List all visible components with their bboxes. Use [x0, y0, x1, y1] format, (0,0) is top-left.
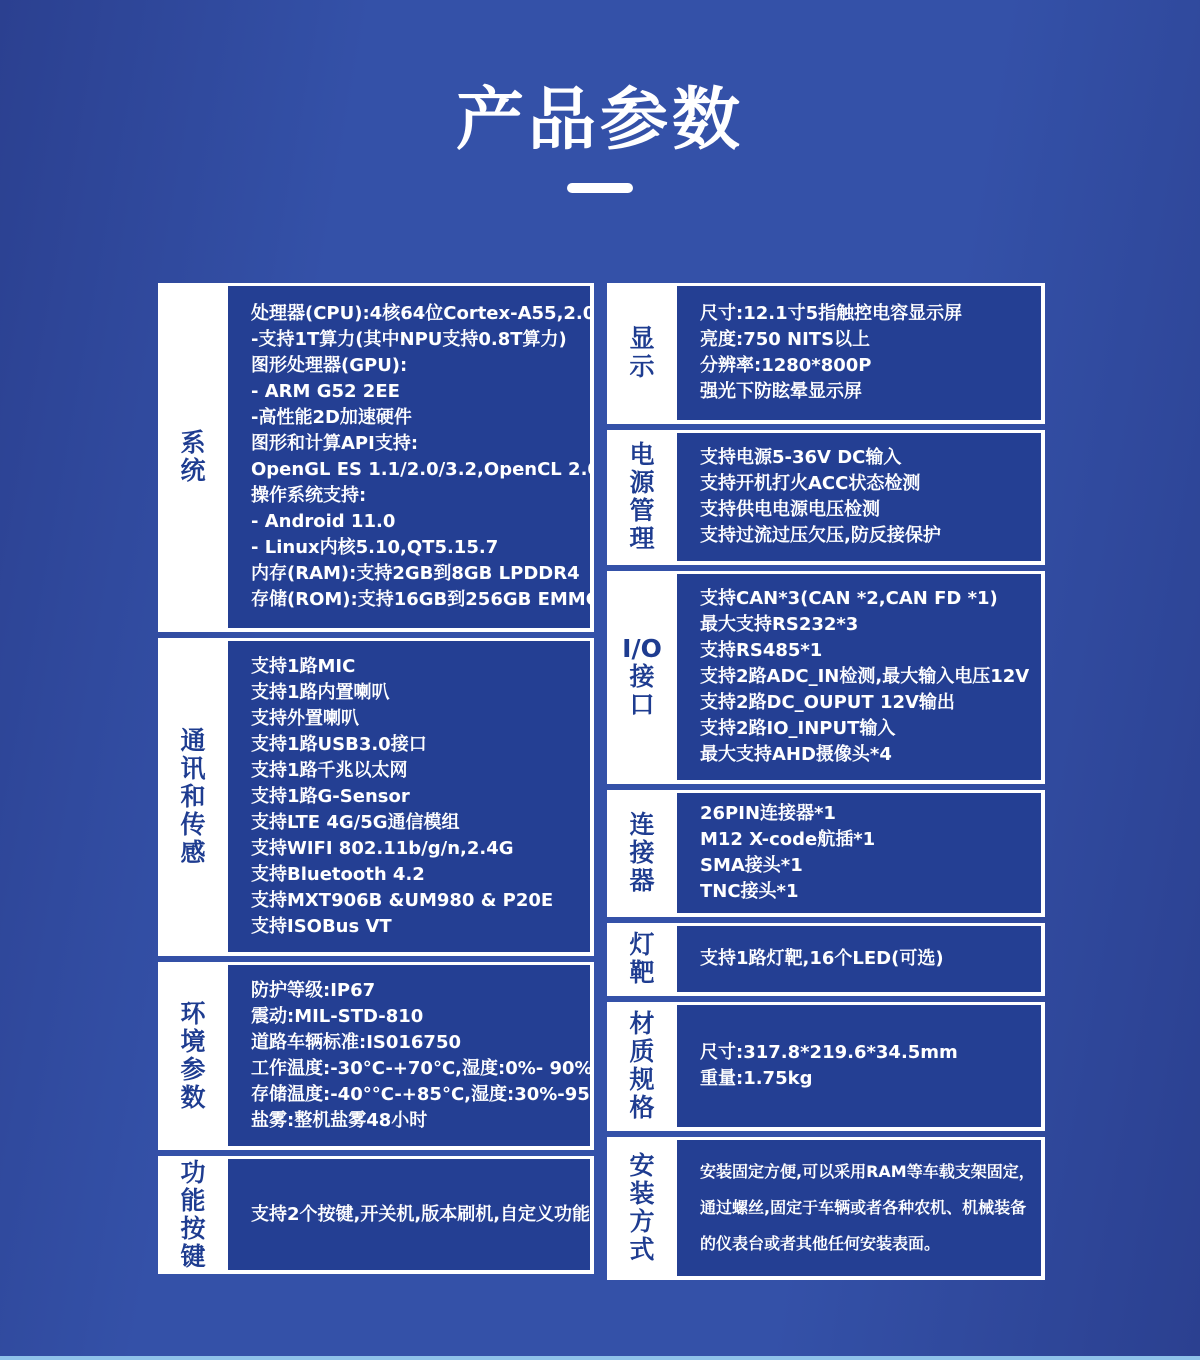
spec-line: - Android 11.0 [251, 509, 584, 535]
spec-line: 工作温度:-30°C-+70°C,湿度:0%- 90%RH; [251, 1056, 584, 1082]
section-content-light-target: 支持1路灯靶,16个LED(可选) [677, 926, 1041, 992]
section-label-power-management: 电源管理 [607, 433, 677, 561]
spec-line: 防护等级:IP67 [251, 978, 584, 1004]
section-content-connectors: 26PIN连接器*1M12 X-code航插*1SMA接头*1TNC接头*1 [677, 793, 1041, 913]
section-label-char: 电 [629, 441, 654, 469]
spec-line: 支持RS485*1 [700, 638, 1035, 664]
section-content-io-interface: 支持CAN*3(CAN *2,CAN FD *1)最大支持RS232*3支持RS… [677, 574, 1041, 780]
spec-line: 尺寸:317.8*219.6*34.5mm [700, 1040, 1035, 1066]
spec-line: -支持1T算力(其中NPU支持0.8T算力) [251, 327, 584, 353]
section-label-char: 数 [180, 1084, 205, 1112]
spec-line: 处理器(CPU):4核64位Cortex-A55,2.0GHz [251, 301, 584, 327]
spec-line: 震动:MIL-STD-810 [251, 1004, 584, 1030]
bottom-edge-strip [0, 1356, 1200, 1360]
section-content-communication-sensing: 支持1路MIC支持1路内置喇叭支持外置喇叭支持1路USB3.0接口支持1路千兆以… [228, 641, 590, 952]
section-label-system: 系统 [158, 286, 228, 628]
spec-line: 支持供电电源电压检测 [700, 497, 1035, 523]
section-label-light-target: 灯靶 [607, 926, 677, 992]
section-label-char: 口 [629, 691, 654, 719]
section-label-char: 理 [629, 525, 654, 553]
spec-line: 支持外置喇叭 [251, 706, 584, 732]
left-column: 系统 处理器(CPU):4核64位Cortex-A55,2.0GHz-支持1T算… [158, 283, 594, 1274]
spec-line: 的仪表台或者其他任何安装表面。 [700, 1226, 1035, 1262]
spec-line: OpenGL ES 1.1/2.0/3.2,OpenCL 2.0,Vulkan … [251, 457, 584, 483]
product-parameters-page: 产品参数 系统 处理器(CPU):4核64位Cortex-A55,2.0GHz-… [0, 0, 1200, 1360]
section-label-char: 系 [180, 429, 205, 457]
section-label-char: 接 [629, 663, 654, 691]
section-label-char: I/O [622, 635, 662, 663]
section-label-char: 键 [180, 1243, 205, 1271]
section-label-char: 靶 [629, 959, 654, 987]
section-label-char: 式 [629, 1236, 654, 1264]
spec-line: 盐雾:整机盐雾48小时 [251, 1108, 584, 1134]
section-label-char: 器 [629, 867, 654, 895]
spec-line: 支持1路内置喇叭 [251, 680, 584, 706]
spec-line: 支持WIFI 802.11b/g/n,2.4G [251, 836, 584, 862]
section-content-display: 尺寸:12.1寸5指触控电容显示屏亮度:750 NITS以上分辨率:1280*8… [677, 286, 1041, 420]
spec-line: 存储温度:-40°°C-+85°C,湿度:30%-95%RH; [251, 1082, 584, 1108]
section-content-environment-parameters: 防护等级:IP67震动:MIL-STD-810道路车辆标准:IS016750工作… [228, 965, 590, 1146]
section-label-installation: 安装方式 [607, 1140, 677, 1276]
section-label-char: 和 [180, 783, 205, 811]
section-label-char: 接 [629, 839, 654, 867]
spec-line: - Linux内核5.10,QT5.15.7 [251, 535, 584, 561]
section-connectors: 连接器 26PIN连接器*1M12 X-code航插*1SMA接头*1TNC接头… [607, 790, 1045, 917]
section-label-char: 讯 [180, 755, 205, 783]
spec-line: SMA接头*1 [700, 853, 1035, 879]
spec-line: 安装固定方便,可以采用RAM等车载支架固定， [700, 1154, 1035, 1190]
section-label-display: 显示 [607, 286, 677, 420]
section-label-char: 灯 [629, 931, 654, 959]
spec-line: - ARM G52 2EE [251, 379, 584, 405]
spec-line: 强光下防眩晕显示屏 [700, 379, 1035, 405]
section-label-char: 感 [180, 839, 205, 867]
section-label-function-keys: 功能按键 [158, 1159, 228, 1270]
spec-line: 支持1路USB3.0接口 [251, 732, 584, 758]
section-communication-sensing: 通讯和传感 支持1路MIC支持1路内置喇叭支持外置喇叭支持1路USB3.0接口支… [158, 638, 594, 956]
spec-line: 支持1路千兆以太网 [251, 758, 584, 784]
section-label-char: 传 [180, 811, 205, 839]
section-label-io-interface: I/O接口 [607, 574, 677, 780]
spec-line: 分辨率:1280*800P [700, 353, 1035, 379]
section-content-system: 处理器(CPU):4核64位Cortex-A55,2.0GHz-支持1T算力(其… [228, 286, 590, 628]
section-content-function-keys: 支持2个按键,开关机,版本刷机,自定义功能 [228, 1159, 590, 1270]
spec-line: 最大支持AHD摄像头*4 [700, 742, 1035, 768]
section-content-power-management: 支持电源5-36V DC输入支持开机打火ACC状态检测支持供电电源电压检测支持过… [677, 433, 1041, 561]
section-label-char: 连 [629, 811, 654, 839]
title-dash-divider [567, 183, 633, 193]
section-installation: 安装方式 安装固定方便,可以采用RAM等车载支架固定，通过螺丝,固定于车辆或者各… [607, 1137, 1045, 1280]
spec-line: 最大支持RS232*3 [700, 612, 1035, 638]
spec-line: 亮度:750 NITS以上 [700, 327, 1035, 353]
section-label-communication-sensing: 通讯和传感 [158, 641, 228, 952]
spec-line: 支持1路G-Sensor [251, 784, 584, 810]
section-label-char: 源 [629, 469, 654, 497]
section-label-char: 参 [180, 1056, 205, 1084]
section-label-material-specs: 材质规格 [607, 1005, 677, 1127]
spec-line: 26PIN连接器*1 [700, 801, 1035, 827]
section-label-char: 装 [629, 1180, 654, 1208]
spec-line: TNC接头*1 [700, 879, 1035, 905]
section-label-char: 环 [180, 1000, 205, 1028]
spec-line: 支持Bluetooth 4.2 [251, 862, 584, 888]
section-system: 系统 处理器(CPU):4核64位Cortex-A55,2.0GHz-支持1T算… [158, 283, 594, 632]
spec-line: 重量:1.75kg [700, 1066, 1035, 1092]
section-content-installation: 安装固定方便,可以采用RAM等车载支架固定，通过螺丝,固定于车辆或者各种农机、机… [677, 1140, 1041, 1276]
section-label-connectors: 连接器 [607, 793, 677, 913]
section-power-management: 电源管理 支持电源5-36V DC输入支持开机打火ACC状态检测支持供电电源电压… [607, 430, 1045, 565]
section-content-material-specs: 尺寸:317.8*219.6*34.5mm重量:1.75kg [677, 1005, 1041, 1127]
section-environment-parameters: 环境参数 防护等级:IP67震动:MIL-STD-810道路车辆标准:IS016… [158, 962, 594, 1150]
section-label-char: 统 [180, 457, 205, 485]
section-label-char: 境 [180, 1028, 205, 1056]
section-label-char: 通 [180, 727, 205, 755]
spec-line: 支持2个按键,开关机,版本刷机,自定义功能 [251, 1202, 584, 1228]
right-column: 显示 尺寸:12.1寸5指触控电容显示屏亮度:750 NITS以上分辨率:128… [607, 283, 1045, 1280]
spec-line: 支持1路灯靶,16个LED(可选) [700, 946, 1035, 972]
section-label-char: 质 [629, 1038, 654, 1066]
section-label-char: 安 [629, 1152, 654, 1180]
spec-line: 支持1路MIC [251, 654, 584, 680]
section-label-char: 规 [629, 1066, 654, 1094]
section-label-char: 格 [629, 1094, 654, 1122]
spec-line: 支持CAN*3(CAN *2,CAN FD *1) [700, 586, 1035, 612]
section-label-char: 管 [629, 497, 654, 525]
spec-line: 道路车辆标准:IS016750 [251, 1030, 584, 1056]
section-label-char: 方 [629, 1208, 654, 1236]
spec-line: 支持ISOBus VT [251, 914, 584, 940]
section-material-specs: 材质规格 尺寸:317.8*219.6*34.5mm重量:1.75kg [607, 1002, 1045, 1131]
section-label-char: 能 [180, 1187, 205, 1215]
spec-line: -高性能2D加速硬件 [251, 405, 584, 431]
section-label-char: 示 [629, 353, 654, 381]
spec-line: 支持MXT906B &UM980 & P20E [251, 888, 584, 914]
spec-line: 操作系统支持: [251, 483, 584, 509]
spec-line: 支持2路IO_INPUT输入 [700, 716, 1035, 742]
spec-line: M12 X-code航插*1 [700, 827, 1035, 853]
section-label-char: 功 [180, 1159, 205, 1187]
spec-line: 尺寸:12.1寸5指触控电容显示屏 [700, 301, 1035, 327]
section-io-interface: I/O接口 支持CAN*3(CAN *2,CAN FD *1)最大支持RS232… [607, 571, 1045, 784]
section-label-environment-parameters: 环境参数 [158, 965, 228, 1146]
spec-line: 图形处理器(GPU): [251, 353, 584, 379]
spec-line: 支持2路DC_OUPUT 12V输出 [700, 690, 1035, 716]
spec-line: 支持过流过压欠压,防反接保护 [700, 523, 1035, 549]
spec-line: 通过螺丝,固定于车辆或者各种农机、机械装备 [700, 1190, 1035, 1226]
spec-line: 内存(RAM):支持2GB到8GB LPDDR4 [251, 561, 584, 587]
section-display: 显示 尺寸:12.1寸5指触控电容显示屏亮度:750 NITS以上分辨率:128… [607, 283, 1045, 424]
spec-line: 支持开机打火ACC状态检测 [700, 471, 1035, 497]
spec-line: 支持2路ADC_IN检测,最大输入电压12V [700, 664, 1035, 690]
section-light-target: 灯靶 支持1路灯靶,16个LED(可选) [607, 923, 1045, 996]
section-label-char: 材 [629, 1010, 654, 1038]
section-label-char: 按 [180, 1215, 205, 1243]
spec-line: 支持LTE 4G/5G通信模组 [251, 810, 584, 836]
spec-line: 支持电源5-36V DC输入 [700, 445, 1035, 471]
section-label-char: 显 [629, 325, 654, 353]
spec-line: 存储(ROM):支持16GB到256GB EMMC [251, 587, 584, 613]
section-function-keys: 功能按键 支持2个按键,开关机,版本刷机,自定义功能 [158, 1156, 594, 1274]
spec-line: 图形和计算API支持: [251, 431, 584, 457]
page-title: 产品参数 [0, 76, 1200, 166]
